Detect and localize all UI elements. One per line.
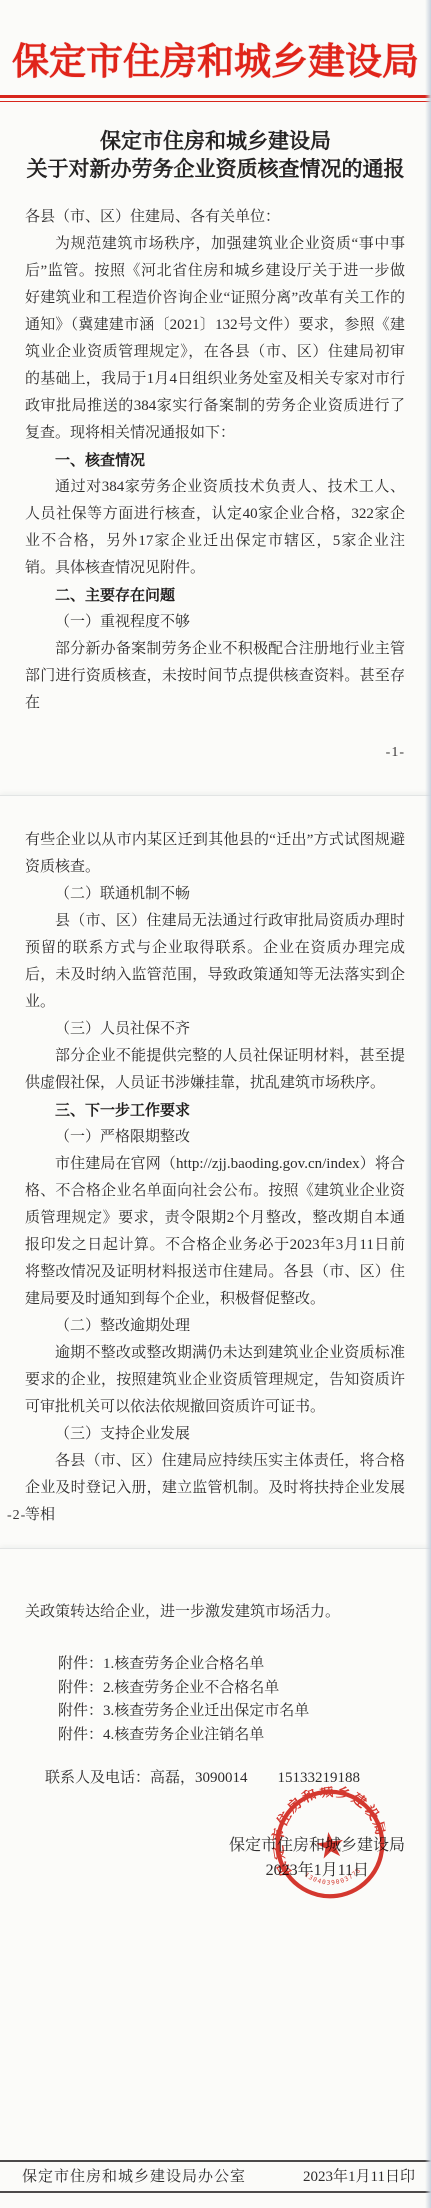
document-title-line2: 关于对新办劳务企业资质核查情况的通报 bbox=[0, 155, 431, 183]
subsection4-heading: （一）严格限期整改 bbox=[25, 1124, 405, 1151]
paragraph-issue1: 部分新办备案制劳务企业不积极配合注册地行业主管部门进行资质核查，未按时间节点提供… bbox=[25, 636, 405, 717]
attachment-item-2: 附件：2.核查劳务企业不合格名单 bbox=[58, 1677, 431, 1701]
paragraph-check-result: 通过对384家劳务企业资质技术负责人、技术工人、人员社保等方面进行核查，认定40… bbox=[25, 474, 405, 582]
section3-heading: 三、下一步工作要求 bbox=[25, 1097, 405, 1124]
attachment-item-4: 附件：4.核查劳务企业注销名单 bbox=[58, 1724, 431, 1748]
salutation: 各县（市、区）住建局、各有关单位： bbox=[25, 204, 405, 231]
attachment-list: 附件：1.核查劳务企业合格名单 附件：2.核查劳务企业不合格名单 附件：3.核查… bbox=[58, 1653, 431, 1747]
document-title-line1: 保定市住房和城乡建设局 bbox=[0, 127, 431, 155]
section2-heading: 二、主要存在问题 bbox=[25, 582, 405, 609]
paragraph-intro: 为规范建筑市场秩序，加强建筑业企业资质“事中事后”监管。按照《河北省住房和城乡建… bbox=[25, 231, 405, 447]
seal-number: 1304039003778 bbox=[302, 1864, 364, 1891]
red-divider-thin-line bbox=[0, 101, 431, 102]
agency-letterhead-banner: 保定市住房和城乡建设局 bbox=[1, 40, 430, 86]
official-seal-stamp: 保定市住房和城乡建设局 ★ 1304039003778 bbox=[266, 1780, 395, 1909]
page1-body: 各县（市、区）住建局、各有关单位： 为规范建筑市场秩序，加强建筑业企业资质“事中… bbox=[0, 204, 431, 717]
footer-office: 保定市住房和城乡建设局办公室 bbox=[22, 2165, 246, 2186]
attachment-item-3: 附件：3.核查劳务企业迁出保定市名单 bbox=[58, 1700, 431, 1724]
red-divider bbox=[0, 95, 431, 102]
page2-body: 有些企业以从市内某区迁到其他县的“迁出”方式试图规避资质核查。 （二）联通机制不… bbox=[0, 827, 431, 1529]
subsection1-heading: （一）重视程度不够 bbox=[25, 609, 405, 636]
scanned-document: { "banner": { "agency": "保定市住房和城乡建设局" },… bbox=[0, 0, 431, 2208]
paragraph-issue3: 部分企业不能提供完整的人员社保证明材料，甚至提供虚假社保，人员证书涉嫌挂靠，扰乱… bbox=[25, 1043, 405, 1097]
subsection6-heading: （三）支持企业发展 bbox=[25, 1421, 405, 1448]
footer-print-date: 2023年1月11日印 bbox=[303, 2165, 415, 2186]
page-number-1: -1- bbox=[386, 745, 405, 761]
svg-text:1304039003778: 1304039003778 bbox=[302, 1864, 364, 1891]
subsection2-heading: （二）联通机制不畅 bbox=[25, 881, 405, 908]
seal-star-icon: ★ bbox=[312, 1824, 349, 1867]
paragraph-support: 各县（市、区）住建局应持续压实主体责任，将合格企业及时登记入册，建立监管机制。及… bbox=[25, 1448, 405, 1529]
print-footer: 保定市住房和城乡建设局办公室 2023年1月11日印 bbox=[0, 2160, 431, 2193]
paragraph-overdue: 逾期不整改或整改期满仍未达到建筑业企业资质标准要求的企业，按照建筑业企业资质管理… bbox=[25, 1340, 405, 1421]
section1-heading: 一、核查情况 bbox=[25, 447, 405, 474]
attachment-item-1: 附件：1.核查劳务企业合格名单 bbox=[58, 1653, 431, 1677]
document-title: 保定市住房和城乡建设局 关于对新办劳务企业资质核查情况的通报 bbox=[0, 127, 431, 183]
subsection3-heading: （三）人员社保不齐 bbox=[25, 1016, 405, 1043]
paragraph-issue1-continued: 有些企业以从市内某区迁到其他县的“迁出”方式试图规避资质核查。 bbox=[25, 827, 405, 881]
paragraph-issue2: 县（市、区）住建局无法通过行政审批局资质办理时预留的联系方式与企业取得联系。企业… bbox=[25, 908, 405, 1016]
subsection5-heading: （二）整改逾期处理 bbox=[25, 1313, 405, 1340]
document-page-2: 有些企业以从市内某区迁到其他县的“迁出”方式试图规避资质核查。 （二）联通机制不… bbox=[0, 795, 431, 1548]
document-page-3: 关政策转达给企业，进一步激发建筑市场活力。 附件：1.核查劳务企业合格名单 附件… bbox=[0, 1548, 431, 2208]
page-number-2: -2- bbox=[7, 1508, 26, 1524]
paragraph-rectification: 市住建局在官网（http://zjj.baoding.gov.cn/index）… bbox=[25, 1151, 405, 1313]
page3-body: 关政策转达给企业，进一步激发建筑市场活力。 bbox=[0, 1599, 431, 1626]
paragraph-support-continued: 关政策转达给企业，进一步激发建筑市场活力。 bbox=[25, 1599, 405, 1626]
document-page-1: 保定市住房和城乡建设局 保定市住房和城乡建设局 关于对新办劳务企业资质核查情况的… bbox=[0, 0, 431, 795]
